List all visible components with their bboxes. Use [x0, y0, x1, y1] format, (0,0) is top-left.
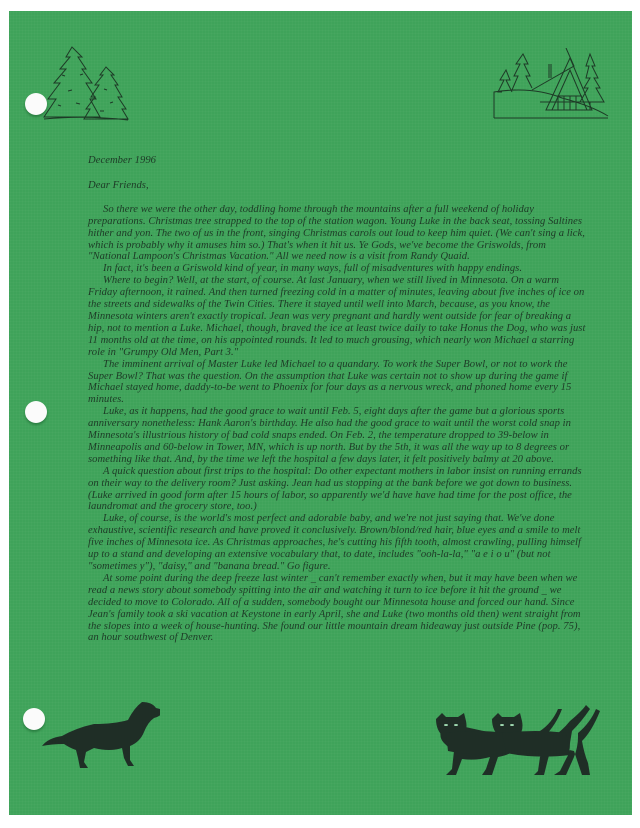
paragraph-move-colorado: At some point during the deep freeze las…	[88, 573, 588, 644]
paragraph-luke-birth: Luke, as it happens, had the good grace …	[88, 406, 588, 466]
letter-salutation: Dear Friends,	[88, 180, 588, 192]
paragraph-minnesota-ice: Where to begin? Well, at the start, of c…	[88, 275, 588, 358]
two-cats-silhouette-icon	[436, 703, 608, 785]
paragraph-super-bowl: The imminent arrival of Master Luke led …	[88, 359, 588, 407]
dog-silhouette-icon	[40, 700, 160, 770]
letter-date: December 1996	[88, 155, 588, 167]
paragraph-griswold-year: In fact, it's been a Griswold kind of ye…	[88, 263, 588, 275]
paragraph-griswolds: So there we were the other day, toddling…	[88, 204, 588, 264]
paragraph-hospital-trip: A quick question about first trips to th…	[88, 466, 588, 514]
a-frame-cabin-icon	[492, 48, 610, 126]
letter-body: December 1996 Dear Friends, So there we …	[88, 155, 588, 644]
paragraph-perfect-baby: Luke, of course, is the world's most per…	[88, 513, 588, 573]
pine-trees-icon	[40, 45, 130, 125]
punch-hole-middle	[25, 401, 47, 423]
